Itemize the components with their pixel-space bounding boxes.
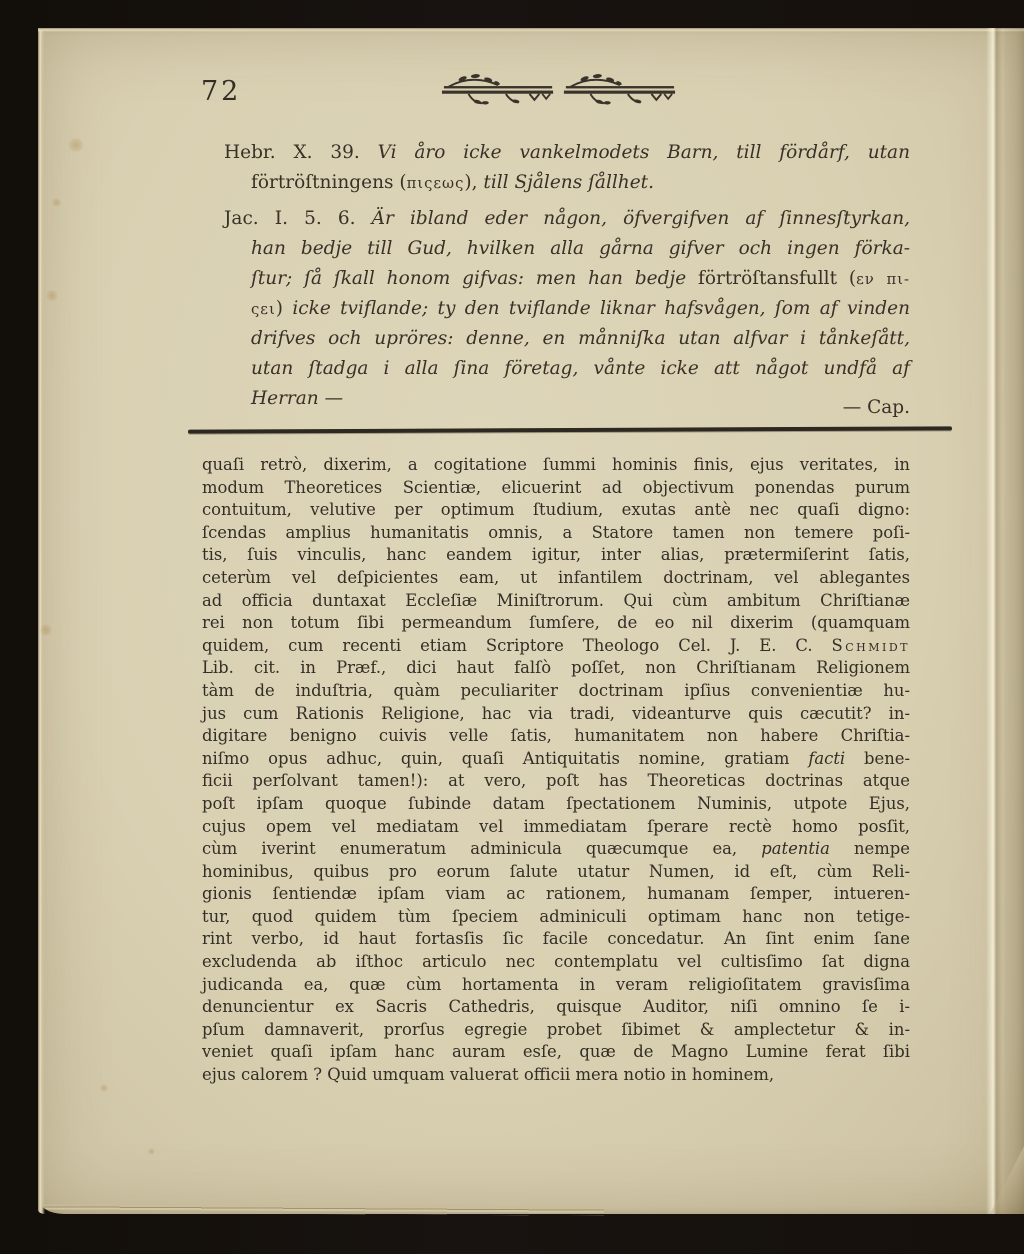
text-segment: ſcendas amplius humanitatis omnis, a Sta…: [202, 523, 910, 542]
text-line: jus cum Rationis Religione, hac via trad…: [202, 703, 910, 726]
text-segment: excludenda ab iſthoc articulo nec contem…: [202, 952, 910, 971]
paper-stain: [46, 290, 58, 301]
scanned-page: 72: [0, 0, 1024, 1254]
text-segment: Hebr. X. 39.: [224, 142, 378, 163]
text-segment: εν πι-: [856, 271, 910, 288]
text-line: excludenda ab iſthoc articulo nec contem…: [202, 951, 910, 974]
text-line: ceterùm vel deſpicientes eam, ut infanti…: [202, 567, 910, 590]
text-segment: pſum damnaverit, prorſus egregie probet …: [202, 1020, 910, 1039]
text-line: cujus opem vel mediatam vel immediatam ſ…: [202, 816, 910, 839]
text-line: niſmo opus adhuc, quin, quaſi Antiquitat…: [202, 748, 910, 771]
text-line: utan ſtadga i alla ſina företag, vånte i…: [224, 354, 910, 384]
text-line: veniet quaſi ipſam hanc auram esſe, quæ …: [202, 1041, 910, 1064]
body-block: quaſi retrò, dixerim, a cogitatione ſumm…: [202, 454, 910, 1087]
text-segment: han bedje till Gud, hvilken alla gårna g…: [251, 238, 910, 259]
text-line: cùm iverint enumeratum adminicula quæcum…: [202, 838, 910, 861]
text-line: rint verbo, id haut fortasſis ſic facile…: [202, 928, 910, 951]
text-segment: tis, ſuis vinculis, hanc eandem igitur, …: [202, 545, 910, 564]
text-segment: veniet quaſi ipſam hanc auram esſe, quæ …: [202, 1042, 910, 1061]
text-segment: ceterùm vel deſpicientes eam, ut infanti…: [202, 568, 910, 587]
text-line: pſum damnaverit, prorſus egregie probet …: [202, 1019, 910, 1042]
text-segment: patentia: [761, 839, 830, 858]
text-segment: denuncientur ex Sacris Cathedris, quisqu…: [202, 997, 910, 1016]
text-segment: utan ſtadga i alla ſina företag, vånte i…: [251, 358, 910, 379]
text-line: ſcendas amplius humanitatis omnis, a Sta…: [202, 522, 910, 545]
text-line: digitare benigno cuivis velle ſatis, hum…: [202, 725, 910, 748]
text-segment: Är ibland eder någon, öfvergifven af ſin…: [372, 208, 910, 229]
text-line: tàm de induſtria, quàm peculiariter doct…: [202, 680, 910, 703]
text-segment: Jac. I. 5. 6.: [224, 208, 372, 229]
text-segment: tàm de induſtria, quàm peculiariter doct…: [202, 681, 910, 700]
text-line: ςει) icke tviflande; ty den tviflande li…: [224, 294, 910, 324]
text-segment: modum Theoretices Scientiæ, elicuerint a…: [202, 478, 910, 497]
text-segment: poſt ipſam quoque ſubinde datam ſpectati…: [202, 794, 910, 813]
text-segment: contuitum, velutive per optimum ſtudium,…: [202, 500, 910, 519]
text-line: denuncientur ex Sacris Cathedris, quisqu…: [202, 996, 910, 1019]
text-line: hominibus, quibus pro eorum ſalute utatu…: [202, 861, 910, 884]
text-segment: rei non totum ſibi permeandum ſumſere, d…: [202, 613, 910, 632]
text-segment: ),: [464, 172, 483, 193]
text-segment: ad officia duntaxat Eccleſiæ Miniſtrorum…: [202, 591, 910, 610]
text-segment: ſtur; ſå ſkall honom gifvas: men han bed…: [251, 268, 698, 289]
text-segment: tur, quod quidem tùm ſpeciem adminiculi …: [202, 907, 910, 926]
text-segment: ejus calorem ? Quid umquam valuerat offi…: [202, 1065, 774, 1084]
paper-stain: [100, 1084, 108, 1092]
text-segment: nempe: [830, 839, 910, 858]
text-line: ficii perſolvant tamen!): at vero, poſt …: [202, 770, 910, 793]
text-line: gionis ſentiendæ ipſam viam ac rationem,…: [202, 883, 910, 906]
paper-stain: [40, 624, 52, 636]
section-rule: [188, 426, 952, 433]
text-segment: Vi åro icke vankelmodets Barn, till förd…: [378, 142, 910, 163]
paper-left-edge: [38, 28, 45, 1214]
text-segment: gionis ſentiendæ ipſam viam ac rationem,…: [202, 884, 910, 903]
text-segment: förtröſtningens (: [251, 172, 407, 193]
paper-stain: [148, 1148, 155, 1155]
adjacent-page-edge: [1004, 28, 1024, 1214]
text-line: tur, quod quidem tùm ſpeciem adminiculi …: [202, 906, 910, 929]
text-line: contuitum, velutive per optimum ſtudium,…: [202, 499, 910, 522]
text-line: ſtur; ſå ſkall honom gifvas: men han bed…: [224, 264, 910, 294]
text-line: han bedje till Gud, hvilken alla gårna g…: [224, 234, 910, 264]
text-segment: Lib. cit. in Præf., dici haut falſò poſſ…: [202, 658, 910, 677]
paper-top-edge: [38, 28, 1024, 32]
text-line: ad officia duntaxat Eccleſiæ Miniſtrorum…: [202, 590, 910, 613]
text-segment: förtröſtansfullt (: [698, 268, 856, 289]
text-segment: niſmo opus adhuc, quin, quaſi Antiquitat…: [202, 749, 808, 768]
text-segment: πιςεως: [407, 175, 465, 192]
text-segment: hominibus, quibus pro eorum ſalute utatu…: [202, 862, 910, 881]
text-line: poſt ipſam quoque ſubinde datam ſpectati…: [202, 793, 910, 816]
paper-sheet: 72: [38, 28, 1024, 1214]
text-segment: rint verbo, id haut fortasſis ſic facile…: [202, 929, 910, 948]
text-segment: — Cap.: [843, 397, 910, 418]
floral-vignette-ornament: [441, 72, 677, 108]
text-line: rei non totum ſibi permeandum ſumſere, d…: [202, 612, 910, 635]
text-line: Hebr. X. 39. Vi åro icke vankelmodets Ba…: [224, 138, 910, 168]
paper-stain: [68, 138, 84, 152]
text-segment: drifves och upröres: denne, en månniſka …: [251, 328, 910, 349]
text-segment: quidem, cum recenti etiam Scriptore Theo…: [202, 636, 831, 655]
page-stack-edges: [44, 1204, 604, 1215]
page-number: 72: [201, 76, 241, 107]
text-segment: till Sjålens ſållhet.: [483, 172, 654, 193]
text-segment: cùm iverint enumeratum adminicula quæcum…: [202, 839, 761, 858]
text-segment: Herran —: [251, 388, 343, 409]
intro-block: Hebr. X. 39. Vi åro icke vankelmodets Ba…: [224, 138, 910, 423]
text-segment: quaſi retrò, dixerim, a cogitatione ſumm…: [202, 455, 910, 474]
text-line: judicanda ea, quæ cùm hortamenta in vera…: [202, 974, 910, 997]
text-line: modum Theoretices Scientiæ, elicuerint a…: [202, 477, 910, 500]
text-segment: ): [276, 298, 293, 319]
text-segment: ficii perſolvant tamen!): at vero, poſt …: [202, 771, 910, 790]
text-segment: icke tviflande; ty den tviflande liknar …: [292, 298, 910, 319]
text-segment: facti: [808, 749, 845, 768]
text-segment: Schmidt: [831, 636, 910, 655]
text-line: drifves och upröres: denne, en månniſka …: [224, 324, 910, 354]
text-segment: ςει: [251, 301, 276, 318]
text-line: Lib. cit. in Præf., dici haut falſò poſſ…: [202, 657, 910, 680]
text-line: Jac. I. 5. 6. Är ibland eder någon, öfve…: [224, 204, 910, 234]
text-line: ejus calorem ? Quid umquam valuerat offi…: [202, 1064, 910, 1087]
text-line: quaſi retrò, dixerim, a cogitatione ſumm…: [202, 454, 910, 477]
text-segment: judicanda ea, quæ cùm hortamenta in vera…: [202, 975, 910, 994]
text-segment: digitare benigno cuivis velle ſatis, hum…: [202, 726, 910, 745]
text-segment: jus cum Rationis Religione, hac via trad…: [202, 704, 910, 723]
ornament-graphic: [441, 72, 677, 108]
text-line: tis, ſuis vinculis, hanc eandem igitur, …: [202, 544, 910, 567]
text-line: quidem, cum recenti etiam Scriptore Theo…: [202, 635, 910, 658]
page-crease: [986, 28, 1004, 1214]
text-segment: cujus opem vel mediatam vel immediatam ſ…: [202, 817, 910, 836]
text-segment: bene-: [845, 749, 910, 768]
paper-stain: [52, 198, 61, 207]
text-line: förtröſtningens (πιςεως), till Sjålens ſ…: [224, 168, 910, 198]
